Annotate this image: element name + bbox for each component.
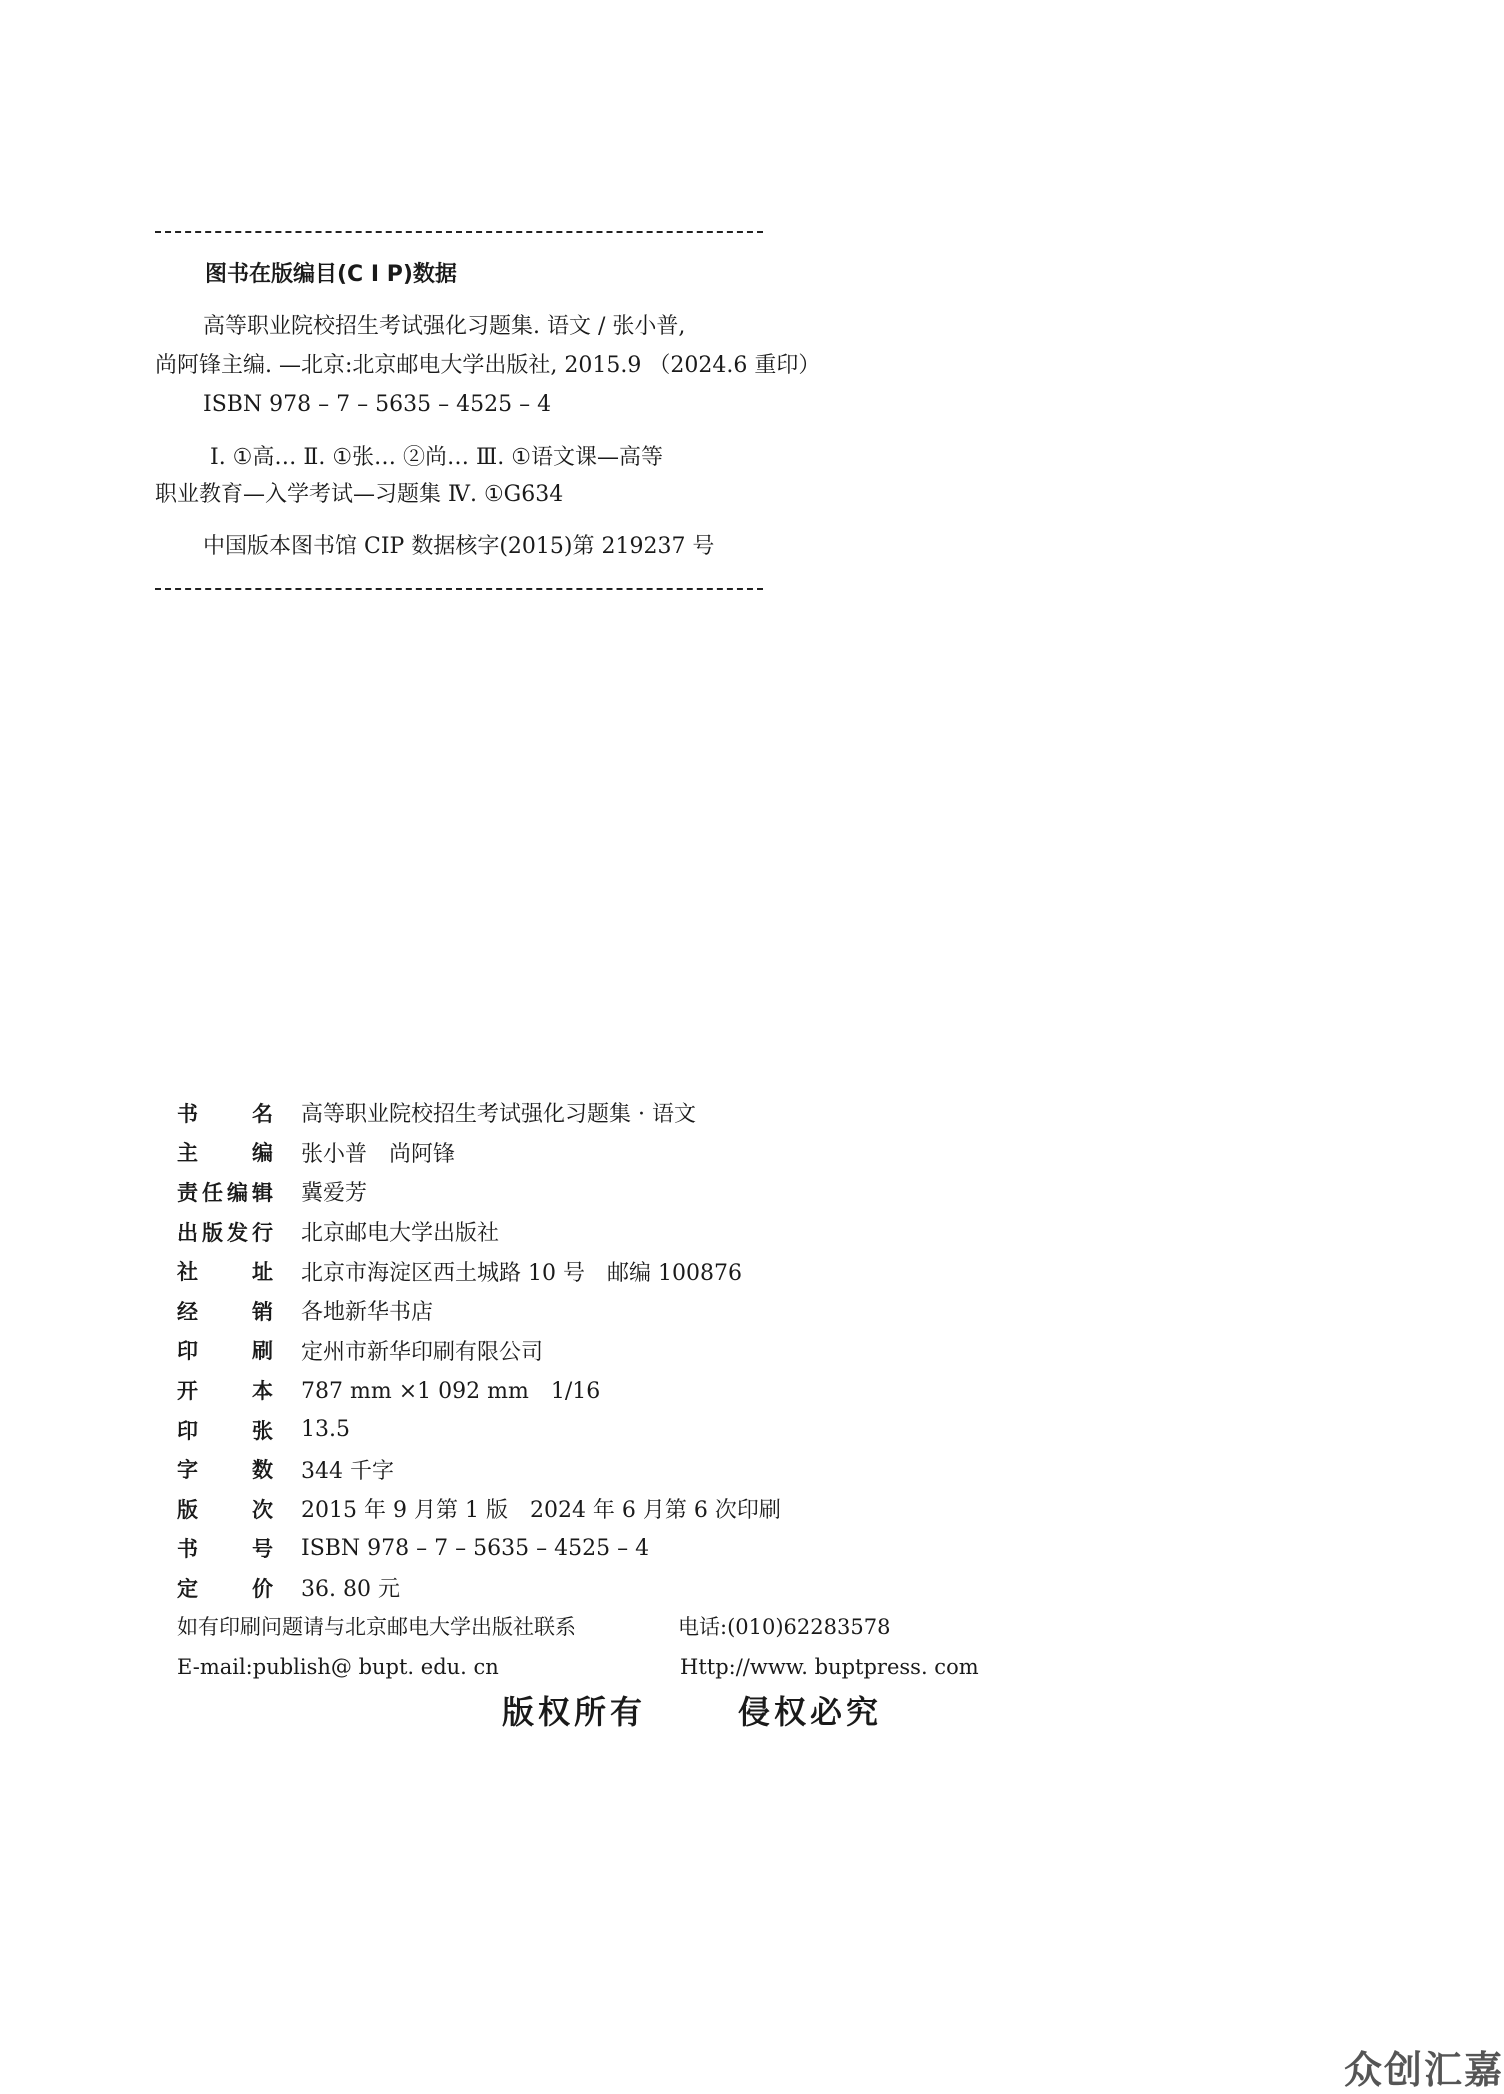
info-label-char: 出 <box>177 1217 198 1247</box>
info-label-char: 社 <box>177 1256 198 1286</box>
info-label-char: 刷 <box>252 1335 273 1365</box>
info-label-char: 本 <box>252 1375 273 1405</box>
info-label-char: 经 <box>177 1296 198 1326</box>
info-row: 书号ISBN 978 – 7 – 5635 – 4525 – 4 <box>177 1529 781 1569</box>
info-label-char: 定 <box>177 1573 198 1603</box>
info-value: 高等职业院校招生考试强化习题集 · 语文 <box>301 1097 696 1128</box>
info-label-char: 张 <box>252 1415 273 1445</box>
info-label: 出版发行 <box>177 1217 273 1247</box>
info-value: ISBN 978 – 7 – 5635 – 4525 – 4 <box>301 1536 649 1561</box>
infringement-notice: 侵权必究 <box>738 1692 882 1732</box>
info-label-char: 辑 <box>252 1177 273 1207</box>
info-row: 书名高等职业院校招生考试强化习题集 · 语文 <box>177 1093 781 1133</box>
website-url: Http://www. buptpress. com <box>680 1652 979 1682</box>
info-row: 印刷定州市新华印刷有限公司 <box>177 1331 781 1371</box>
info-label-char: 书 <box>177 1533 198 1563</box>
info-label-char: 号 <box>252 1533 273 1563</box>
cip-line-cip-number: 中国版本图书馆 CIP 数据核字(2015)第 219237 号 <box>203 532 714 562</box>
phone-number: 电话:(010)62283578 <box>678 1612 890 1642</box>
watermark-logo: 众创汇嘉 <box>1344 2048 1504 2092</box>
info-row: 主编张小普 尚阿锋 <box>177 1133 781 1173</box>
info-label-char: 责 <box>177 1177 198 1207</box>
info-row: 社址北京市海淀区西土城路 10 号 邮编 100876 <box>177 1251 781 1291</box>
book-info-table: 书名高等职业院校招生考试强化习题集 · 语文主编张小普 尚阿锋责任编辑冀爱芳出版… <box>177 1093 781 1608</box>
info-label: 印张 <box>177 1415 273 1445</box>
info-value: 北京市海淀区西土城路 10 号 邮编 100876 <box>301 1256 742 1287</box>
info-label-char: 价 <box>252 1573 273 1603</box>
info-label-char: 书 <box>177 1098 198 1128</box>
info-label-char: 版 <box>202 1217 223 1247</box>
info-row: 版次2015 年 9 月第 1 版 2024 年 6 月第 6 次印刷 <box>177 1489 781 1529</box>
print-issue-notice: 如有印刷问题请与北京邮电大学出版社联系 <box>177 1612 576 1642</box>
copyright-reserved: 版权所有 <box>502 1692 646 1732</box>
info-label: 书名 <box>177 1098 273 1128</box>
info-label: 定价 <box>177 1573 273 1603</box>
info-label-char: 字 <box>177 1454 198 1484</box>
info-label-char: 编 <box>227 1177 248 1207</box>
info-row: 印张13.5 <box>177 1410 781 1450</box>
info-row: 责任编辑冀爱芳 <box>177 1172 781 1212</box>
info-value: 344 千字 <box>301 1454 394 1485</box>
info-label-char: 次 <box>252 1494 273 1524</box>
info-value: 张小普 尚阿锋 <box>301 1137 455 1168</box>
bottom-dash-divider <box>155 588 763 590</box>
info-label-char: 发 <box>227 1217 248 1247</box>
info-label-char: 名 <box>252 1098 273 1128</box>
info-value: 冀爱芳 <box>301 1176 367 1207</box>
info-label-char: 任 <box>202 1177 223 1207</box>
info-row: 经销各地新华书店 <box>177 1291 781 1331</box>
cip-line-classification-1: Ⅰ. ①高… Ⅱ. ①张… ②尚… Ⅲ. ①语文课—高等 <box>210 443 663 473</box>
info-label: 版次 <box>177 1494 273 1524</box>
cip-line-publisher: 尚阿锋主编. —北京:北京邮电大学出版社, 2015.9 （2024.6 重印） <box>155 351 820 381</box>
info-value: 13.5 <box>301 1417 350 1442</box>
info-label-char: 版 <box>177 1494 198 1524</box>
info-row: 定价36. 80 元 <box>177 1568 781 1608</box>
info-value: 36. 80 元 <box>301 1572 400 1603</box>
info-row: 字数344 千字 <box>177 1449 781 1489</box>
email-address: E-mail:publish@ bupt. edu. cn <box>177 1652 499 1682</box>
info-label: 开本 <box>177 1375 273 1405</box>
info-label-char: 主 <box>177 1137 198 1167</box>
info-value: 787 mm ×1 092 mm 1/16 <box>301 1374 600 1405</box>
info-value: 2015 年 9 月第 1 版 2024 年 6 月第 6 次印刷 <box>301 1493 781 1524</box>
info-label-char: 开 <box>177 1375 198 1405</box>
info-label-char: 址 <box>252 1256 273 1286</box>
info-label-char: 印 <box>177 1415 198 1445</box>
info-label: 责任编辑 <box>177 1177 273 1207</box>
info-value: 各地新华书店 <box>301 1295 433 1326</box>
info-label: 主编 <box>177 1137 273 1167</box>
cip-heading: 图书在版编目(C I P)数据 <box>205 260 457 290</box>
info-label-char: 印 <box>177 1335 198 1365</box>
info-label-char: 编 <box>252 1137 273 1167</box>
info-label: 社址 <box>177 1256 273 1286</box>
info-label: 字数 <box>177 1454 273 1484</box>
cip-line-classification-2: 职业教育—入学考试—习题集 Ⅳ. ①G634 <box>155 480 563 510</box>
info-label: 书号 <box>177 1533 273 1563</box>
info-row: 出版发行北京邮电大学出版社 <box>177 1212 781 1252</box>
cip-line-isbn: ISBN 978 – 7 – 5635 – 4525 – 4 <box>203 390 551 420</box>
info-label: 印刷 <box>177 1335 273 1365</box>
info-row: 开本787 mm ×1 092 mm 1/16 <box>177 1370 781 1410</box>
info-label-char: 销 <box>252 1296 273 1326</box>
info-label-char: 行 <box>252 1217 273 1247</box>
info-value: 北京邮电大学出版社 <box>301 1216 499 1247</box>
top-dash-divider <box>155 231 763 233</box>
info-label: 经销 <box>177 1296 273 1326</box>
info-label-char: 数 <box>252 1454 273 1484</box>
info-value: 定州市新华印刷有限公司 <box>301 1335 543 1366</box>
cip-line-title: 高等职业院校招生考试强化习题集. 语文 / 张小普, <box>203 312 685 342</box>
